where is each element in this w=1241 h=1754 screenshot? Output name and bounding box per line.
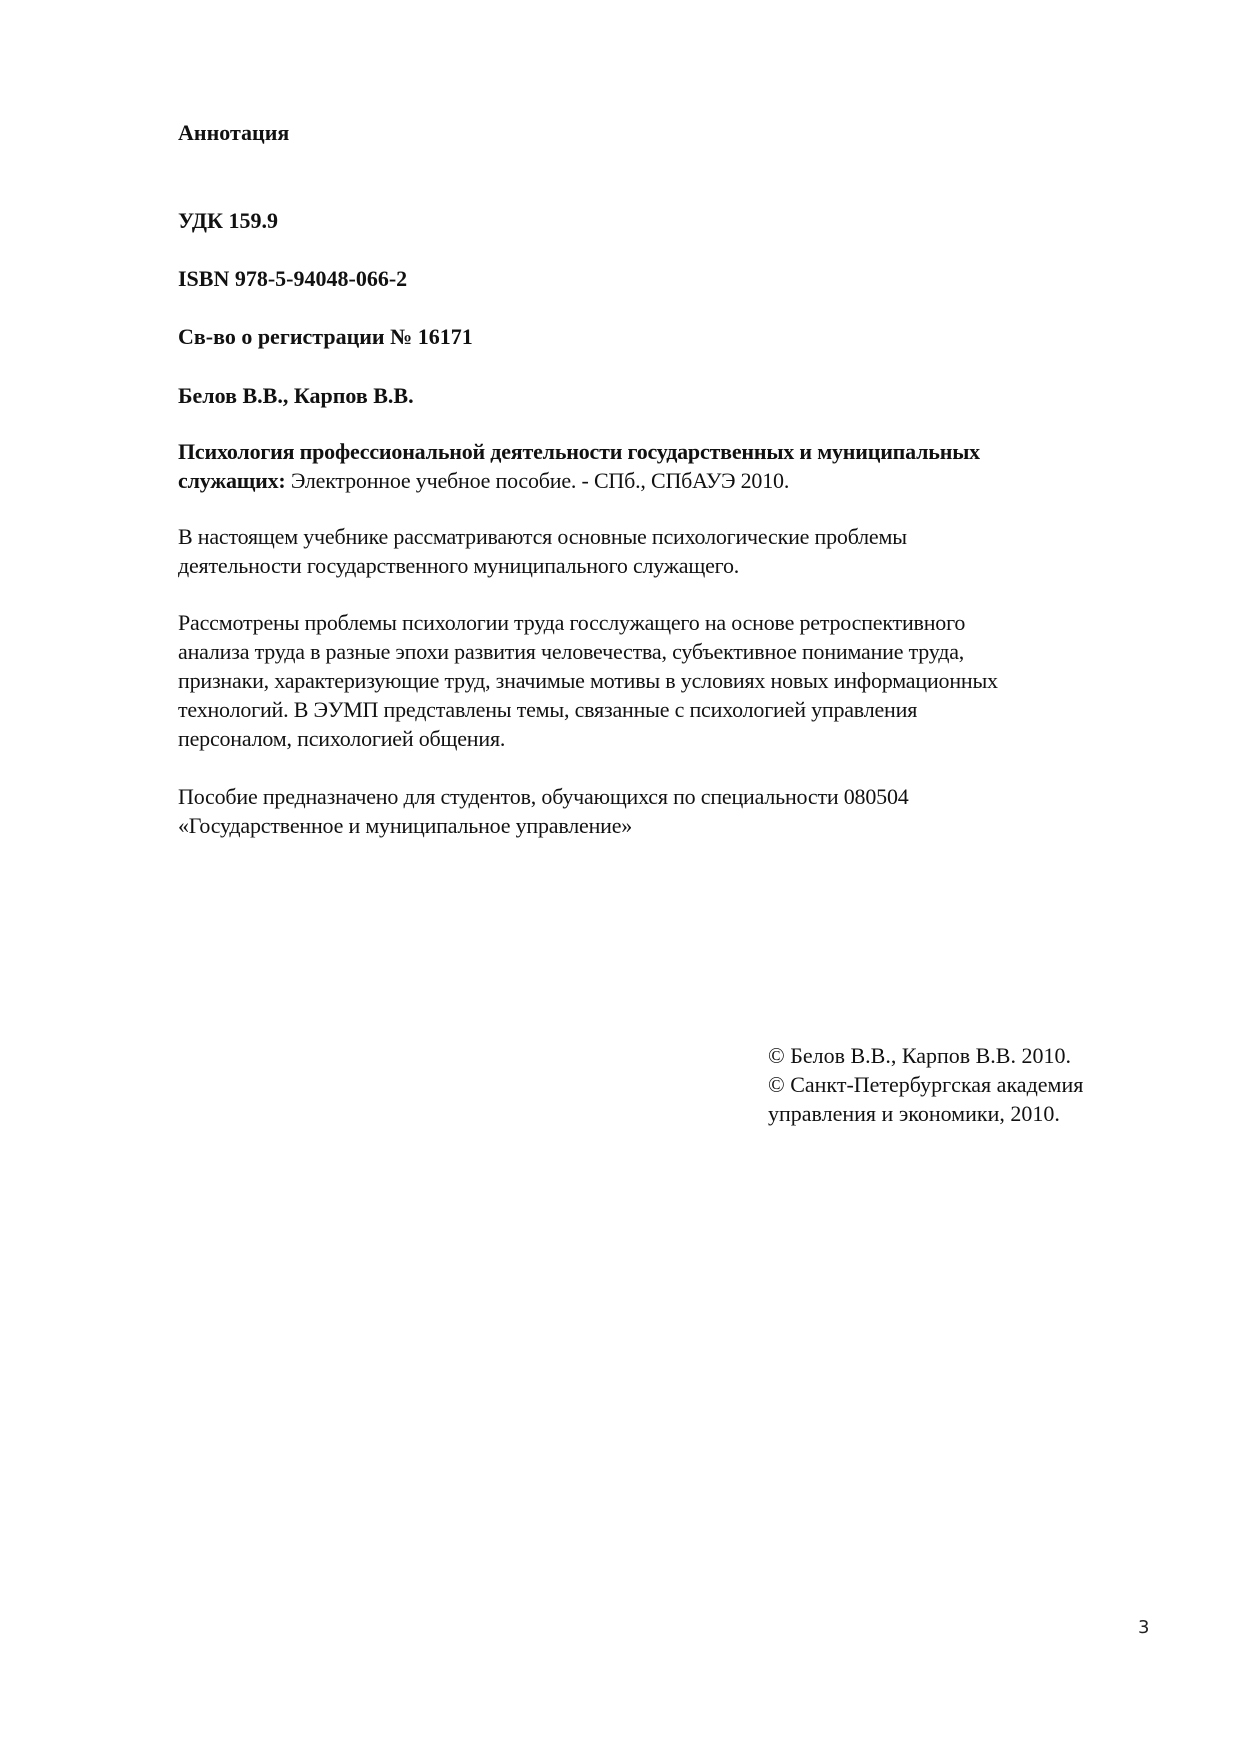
paragraph-line: персоналом, психологией общения. — [178, 724, 1158, 753]
copyright-line: управления и экономики, 2010. — [768, 1099, 1168, 1128]
copyright-block: © Белов В.В., Карпов В.В. 2010. © Санкт-… — [768, 1041, 1168, 1128]
paragraph-line: Пособие предназначено для студентов, обу… — [178, 782, 1138, 811]
title-line-1: Психология профессиональной деятельности… — [178, 437, 1138, 466]
annotation-heading: Аннотация — [178, 118, 289, 147]
title-bold-part: служащих: — [178, 468, 286, 493]
bibliographic-title: Психология профессиональной деятельности… — [178, 437, 1138, 495]
paragraph-line: анализа труда в разные эпохи развития че… — [178, 637, 1158, 666]
title-publication-info: Электронное учебное пособие. - СПб., СПб… — [286, 468, 790, 493]
udk-code: УДК 159.9 — [178, 206, 278, 235]
paragraph-line: Рассмотрены проблемы психологии труда го… — [178, 608, 1158, 637]
registration-number: Св-во о регистрации № 16171 — [178, 322, 473, 351]
paragraph-line: признаки, характеризующие труд, значимые… — [178, 666, 1158, 695]
paragraph-line: В настоящем учебнике рассматриваются осн… — [178, 522, 1138, 551]
copyright-line: © Белов В.В., Карпов В.В. 2010. — [768, 1041, 1168, 1070]
page-number: 3 — [1138, 1617, 1149, 1638]
authors: Белов В.В., Карпов В.В. — [178, 381, 414, 410]
copyright-line: © Санкт-Петербургская академия — [768, 1070, 1168, 1099]
paragraph-line: деятельности государственного муниципаль… — [178, 551, 1138, 580]
paragraph-line: технологий. В ЭУМП представлены темы, св… — [178, 695, 1158, 724]
paragraph-line: «Государственное и муниципальное управле… — [178, 811, 1138, 840]
paragraph-audience: Пособие предназначено для студентов, обу… — [178, 782, 1138, 840]
paragraph-topics: Рассмотрены проблемы психологии труда го… — [178, 608, 1158, 753]
isbn-number: ISBN 978-5-94048-066-2 — [178, 264, 407, 293]
document-page: Аннотация УДК 159.9 ISBN 978-5-94048-066… — [0, 0, 1241, 1754]
title-line-2: служащих: Электронное учебное пособие. -… — [178, 466, 1138, 495]
paragraph-intro: В настоящем учебнике рассматриваются осн… — [178, 522, 1138, 580]
